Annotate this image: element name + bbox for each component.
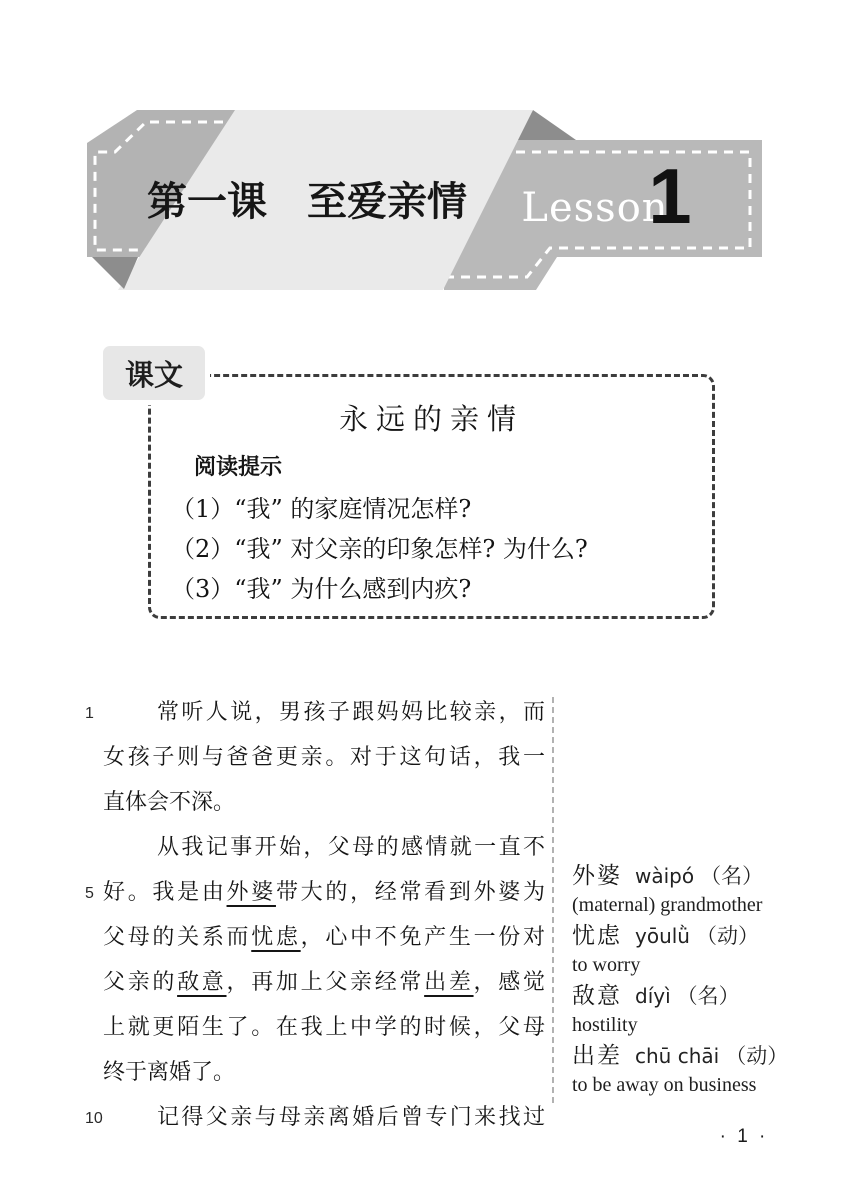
underlined-vocab-word: 外婆 xyxy=(227,880,276,905)
text-segment: 记得父亲与母亲离婚后曾专门来找过 xyxy=(157,1105,545,1130)
vocab-word: 忧虑 xyxy=(572,923,622,949)
passage-line-text: 父亲的敌意，再加上父亲经常出差，感觉 xyxy=(103,960,545,1005)
text-segment: 终于离婚了。 xyxy=(103,1060,235,1085)
text-segment: 直体会不深。 xyxy=(103,790,235,815)
lesson-title-zh: 第一课 至爱亲情 xyxy=(147,179,467,225)
vocab-pinyin: chū chāi xyxy=(635,1044,719,1068)
line-number: 10 xyxy=(85,1095,105,1143)
text-segment: 上就更陌生了。在我上中学的时候，父母 xyxy=(103,1015,545,1040)
vocab-gloss: (maternal) grandmother xyxy=(572,892,812,919)
vocab-part-of-speech: （动） xyxy=(696,924,759,948)
vocab-word: 外婆 xyxy=(572,863,622,889)
reading-tips-heading: 阅读提示 xyxy=(194,450,282,481)
lesson-number: 1 xyxy=(648,152,691,240)
passage-line: 10记得父亲与母亲离婚后曾专门来找过 xyxy=(85,1095,545,1140)
vocab-entry: 敌意díyì（名）hostility xyxy=(572,981,812,1039)
passage-line: 上就更陌生了。在我上中学的时候，父母 xyxy=(85,1005,545,1050)
passage-line: 从我记事开始，父母的感情就一直不 xyxy=(85,825,545,870)
vocab-word: 敌意 xyxy=(572,983,622,1009)
underlined-vocab-word: 敌意 xyxy=(177,970,226,995)
vocab-entry: 忧虑yōulǜ（动）to worry xyxy=(572,921,812,979)
vocab-headline: 敌意díyì（名） xyxy=(572,981,812,1012)
vocab-entry: 外婆wàipó（名）(maternal) grandmother xyxy=(572,861,812,919)
reading-questions: （1）“我” 的家庭情况怎样?（2）“我” 对父亲的印象怎样? 为什么?（3）“… xyxy=(171,489,711,609)
text-segment: 从我记事开始，父母的感情就一直不 xyxy=(157,835,545,860)
passage-line-text: 终于离婚了。 xyxy=(103,1050,545,1095)
vocab-part-of-speech: （名） xyxy=(677,984,740,1008)
passage-line: 父母的关系而忧虑，心中不免产生一份对 xyxy=(85,915,545,960)
vocab-headline: 忧虑yōulǜ（动） xyxy=(572,921,812,952)
passage-line: 5好。我是由外婆带大的，经常看到外婆为 xyxy=(85,870,545,915)
passage-text: 1常听人说，男孩子跟妈妈比较亲，而女孩子则与爸爸更亲。对于这句话，我一直体会不深… xyxy=(85,690,545,1140)
text-segment: 带大的，经常看到外婆为 xyxy=(276,880,545,905)
text-segment: 女孩子则与爸爸更亲。对于这句话，我一 xyxy=(103,745,545,770)
passage-line-text: 女孩子则与爸爸更亲。对于这句话，我一 xyxy=(103,735,545,780)
passage-line-text: 直体会不深。 xyxy=(103,780,545,825)
vocab-part-of-speech: （名） xyxy=(700,864,763,888)
vocab-pinyin: wàipó xyxy=(635,864,694,888)
vocab-headline: 外婆wàipó（名） xyxy=(572,861,812,892)
vocab-headline: 出差chū chāi（动） xyxy=(572,1041,812,1072)
passage-line: 父亲的敌意，再加上父亲经常出差，感觉 xyxy=(85,960,545,1005)
text-segment: ，心中不免产生一份对 xyxy=(301,925,545,950)
page-number: · 1 · xyxy=(694,1126,794,1148)
vocabulary-list: 外婆wàipó（名）(maternal) grandmother忧虑yōulǜ（… xyxy=(572,861,812,1101)
text-segment: 好。我是由 xyxy=(103,880,227,905)
text-segment: ，再加上父亲经常 xyxy=(227,970,425,995)
text-segment: ，感觉 xyxy=(474,970,545,995)
section-label-kewen: 课文 xyxy=(98,341,210,405)
vocab-part-of-speech: （动） xyxy=(725,1044,788,1068)
vocab-gloss: to worry xyxy=(572,952,812,979)
vocab-gloss: hostility xyxy=(572,1012,812,1039)
reading-question: （2）“我” 对父亲的印象怎样? 为什么? xyxy=(171,529,711,569)
vocab-word: 出差 xyxy=(572,1043,622,1069)
passage-line-text: 上就更陌生了。在我上中学的时候，父母 xyxy=(103,1005,545,1050)
vocab-gloss: to be away on business xyxy=(572,1072,812,1099)
column-separator xyxy=(552,697,554,1103)
passage-line: 1常听人说，男孩子跟妈妈比较亲，而 xyxy=(85,690,545,735)
passage-title: 永远的亲情 xyxy=(148,397,715,438)
line-number: 5 xyxy=(85,870,105,918)
lesson-banner: 第一课 至爱亲情 Lesson 1 xyxy=(84,103,764,293)
text-segment: 父亲的 xyxy=(103,970,177,995)
passage-line-text: 好。我是由外婆带大的，经常看到外婆为 xyxy=(103,870,545,915)
passage-line-text: 从我记事开始，父母的感情就一直不 xyxy=(103,825,545,870)
vocab-entry: 出差chū chāi（动）to be away on business xyxy=(572,1041,812,1099)
text-segment: 父母的关系而 xyxy=(103,925,251,950)
passage-line-text: 父母的关系而忧虑，心中不免产生一份对 xyxy=(103,915,545,960)
passage-line-text: 记得父亲与母亲离婚后曾专门来找过 xyxy=(103,1095,545,1140)
underlined-vocab-word: 出差 xyxy=(424,970,473,995)
line-number: 1 xyxy=(85,690,105,738)
underlined-vocab-word: 忧虑 xyxy=(251,925,300,950)
passage-line: 直体会不深。 xyxy=(85,780,545,825)
passage-line-text: 常听人说，男孩子跟妈妈比较亲，而 xyxy=(103,690,545,735)
reading-question: （3）“我” 为什么感到内疚? xyxy=(171,569,711,609)
vocab-pinyin: yōulǜ xyxy=(635,924,690,948)
lesson-label-en: Lesson xyxy=(521,185,668,231)
reading-question: （1）“我” 的家庭情况怎样? xyxy=(171,489,711,529)
passage-line: 女孩子则与爸爸更亲。对于这句话，我一 xyxy=(85,735,545,780)
text-segment: 常听人说，男孩子跟妈妈比较亲，而 xyxy=(157,700,545,725)
vocab-pinyin: díyì xyxy=(635,984,671,1008)
passage-line: 终于离婚了。 xyxy=(85,1050,545,1095)
